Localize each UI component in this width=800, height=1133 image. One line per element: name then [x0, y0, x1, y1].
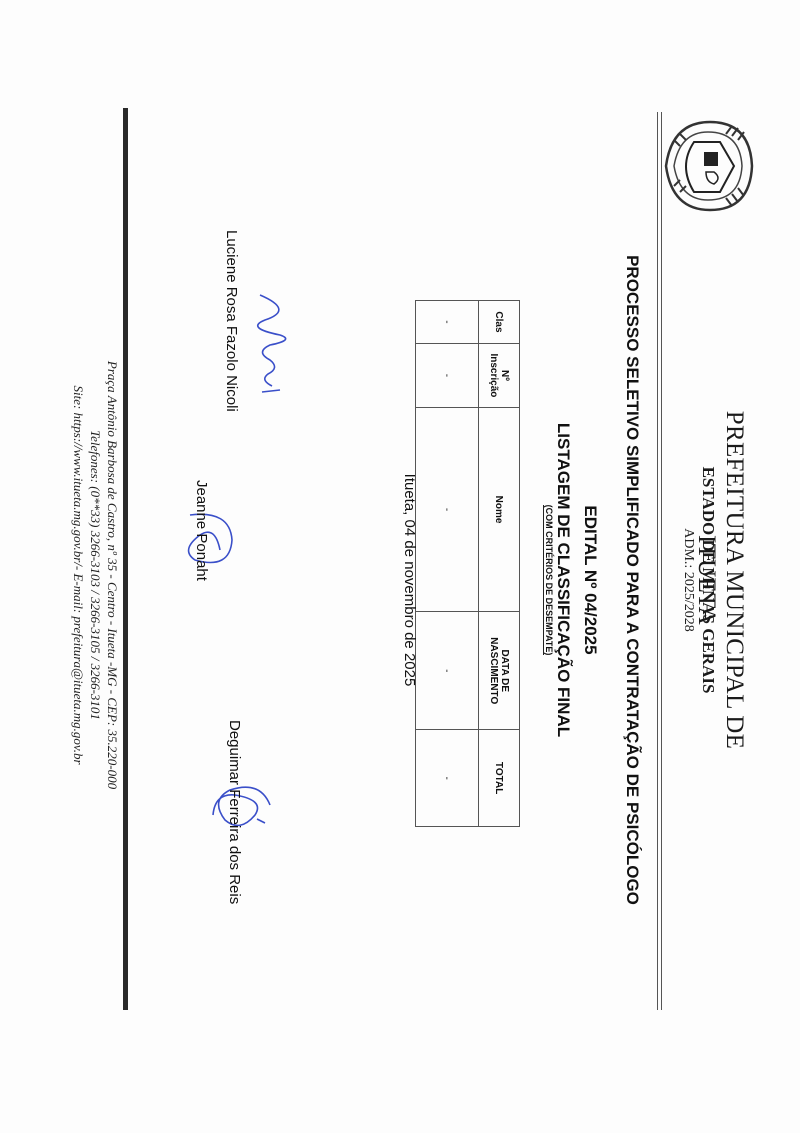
list-subtitle: (COM CRITÉRIOS DE DESEMPATE)	[544, 230, 554, 930]
table-header-row: Clas Nº Inscrição Nome DATA DE NASCIMENT…	[479, 301, 520, 827]
col-header-inscricao: Nº Inscrição	[479, 343, 520, 407]
col-header-nascimento: DATA DE NASCIMENTO	[479, 612, 520, 730]
signatory-name: Jeanne Ponaht	[193, 480, 210, 680]
signatory-name: Luciene Rosa Fazolo Nicoli	[223, 230, 240, 470]
cell-clas: -	[416, 301, 479, 344]
state-name: ESTADO DE MINAS GERAIS	[698, 380, 718, 780]
administration-period: ADM.: 2025/2028	[680, 380, 696, 780]
list-title: LISTAGEM DE CLASSIFICAÇÃO FINAL	[554, 230, 572, 930]
footer-divider	[123, 108, 128, 1010]
edital-number: EDITAL Nº 04/2025	[580, 230, 600, 930]
col-header-nome: Nome	[479, 407, 520, 611]
classification-table: Clas Nº Inscrição Nome DATA DE NASCIMENT…	[415, 300, 520, 827]
header-divider	[657, 112, 662, 1010]
footer-address: Praça Antônio Barbosa de Castro, nº 35 -…	[104, 150, 120, 1000]
cell-total: -	[416, 730, 479, 827]
document-page: PREFEITURA MUNICIPAL DE ITUETA ESTADO DE…	[0, 0, 800, 1133]
footer-web: Site: https://www.itueta.mg.gov.br/- E-m…	[70, 150, 86, 1000]
date-line: Itueta, 04 de novembro de 2025	[401, 230, 418, 930]
cell-nome: -	[416, 407, 479, 611]
footer-phones: Telefones: (0**33) 3266-3103 / 3266-3105…	[87, 150, 103, 1000]
process-title: PROCESSO SELETIVO SIMPLIFICADO PARA A CO…	[622, 230, 642, 930]
cell-inscricao: -	[416, 343, 479, 407]
col-header-clas: Clas	[479, 301, 520, 344]
signatory-name: Deguimar Ferreira dos Reis	[226, 720, 243, 1020]
cell-nascimento: -	[416, 612, 479, 730]
col-header-total: TOTAL	[479, 730, 520, 827]
coat-of-arms-icon	[660, 112, 760, 220]
table-row: - - - - -	[416, 301, 479, 827]
signature-scribble-icon	[180, 505, 240, 575]
signature-scribble-icon	[240, 290, 300, 400]
